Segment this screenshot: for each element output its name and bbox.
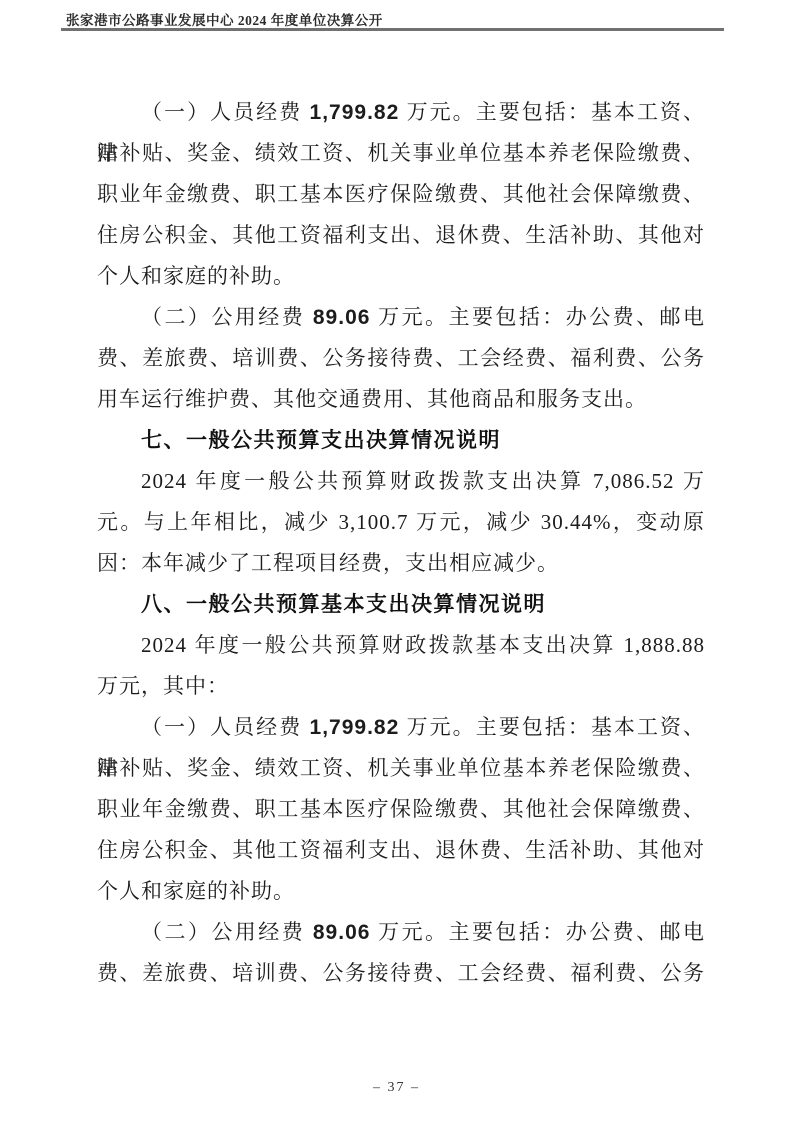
text-segment: 万元。主要包括：办公费、邮电	[370, 920, 705, 944]
para-line: 用车运行维护费、其他交通费用、其他商品和服务支出。	[97, 379, 705, 420]
page-number: – 37 –	[373, 1080, 420, 1095]
para-line: 费、差旅费、培训费、公务接待费、工会经费、福利费、公务	[97, 953, 705, 994]
text-segment: （二）公用经费	[141, 920, 313, 944]
para-line: 2024 年度一般公共预算财政拨款基本支出决算 1,888.88	[97, 625, 705, 666]
text-segment: （一）人员经费	[141, 100, 310, 124]
para-line: 贴补贴、奖金、绩效工资、机关事业单位基本养老保险缴费、	[97, 748, 705, 789]
para-public-expense-line-1: （二）公用经费 89.06 万元。主要包括：办公费、邮电	[97, 297, 705, 338]
para-personnel-expense-line-1: （一）人员经费 1,799.82 万元。主要包括：基本工资、津	[97, 92, 705, 133]
para-line: 职业年金缴费、职工基本医疗保险缴费、其他社会保障缴费、	[97, 789, 705, 830]
header-title: 张家港市公路事业发展中心 2024 年度单位决算公开	[66, 9, 383, 29]
para-public-expense-line-1: （二）公用经费 89.06 万元。主要包括：办公费、邮电	[97, 912, 705, 953]
amount-value: 1,799.82	[310, 101, 400, 124]
amount-value: 89.06	[313, 921, 371, 944]
para-line: 住房公积金、其他工资福利支出、退休费、生活补助、其他对	[97, 830, 705, 871]
document-body: （一）人员经费 1,799.82 万元。主要包括：基本工资、津 贴补贴、奖金、绩…	[97, 92, 705, 994]
text-segment: （二）公用经费	[141, 305, 313, 329]
section-heading-8: 八、一般公共预算基本支出决算情况说明	[97, 584, 705, 625]
para-line: 贴补贴、奖金、绩效工资、机关事业单位基本养老保险缴费、	[97, 133, 705, 174]
para-line: 住房公积金、其他工资福利支出、退休费、生活补助、其他对	[97, 215, 705, 256]
para-personnel-expense-line-1: （一）人员经费 1,799.82 万元。主要包括：基本工资、津	[97, 707, 705, 748]
amount-value: 89.06	[313, 306, 371, 329]
header-rule	[61, 28, 724, 31]
text-segment: （一）人员经费	[141, 715, 310, 739]
para-line: 因：本年减少了工程项目经费，支出相应减少。	[97, 543, 705, 584]
document-page: 张家港市公路事业发展中心 2024 年度单位决算公开 （一）人员经费 1,799…	[0, 0, 793, 1122]
para-line: 2024 年度一般公共预算财政拨款支出决算 7,086.52 万	[97, 461, 705, 502]
amount-value: 1,799.82	[310, 716, 400, 739]
para-line: 元。与上年相比，减少 3,100.7 万元，减少 30.44%，变动原	[97, 502, 705, 543]
section-heading-7: 七、一般公共预算支出决算情况说明	[97, 420, 705, 461]
para-line: 个人和家庭的补助。	[97, 256, 705, 297]
para-line: 个人和家庭的补助。	[97, 871, 705, 912]
para-line: 职业年金缴费、职工基本医疗保险缴费、其他社会保障缴费、	[97, 174, 705, 215]
text-segment: 万元。主要包括：办公费、邮电	[370, 305, 705, 329]
page-footer: – 37 –	[0, 1080, 793, 1096]
para-line: 费、差旅费、培训费、公务接待费、工会经费、福利费、公务	[97, 338, 705, 379]
para-line: 万元，其中：	[97, 666, 705, 707]
